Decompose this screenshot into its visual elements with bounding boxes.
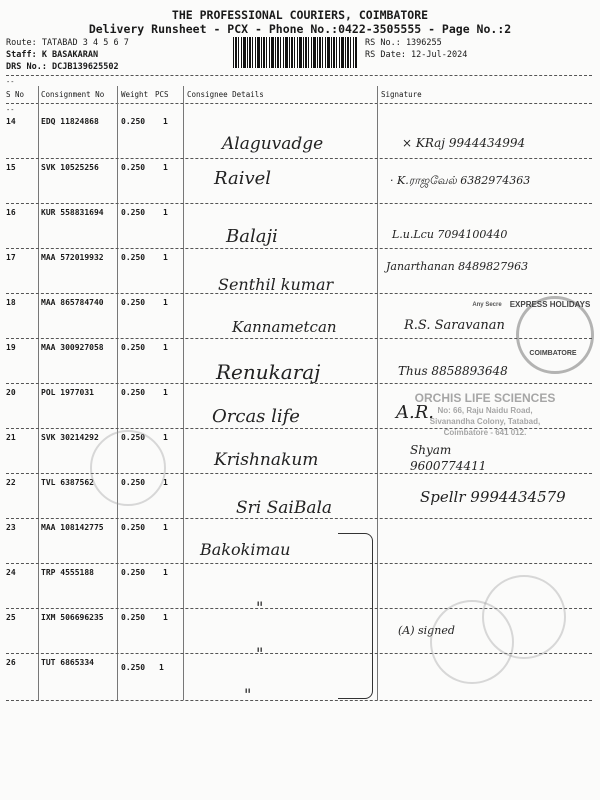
stamp-text: EXPRESS HOLIDAYS	[500, 300, 600, 309]
handwritten-bracket	[338, 533, 373, 699]
row-divider	[6, 563, 592, 564]
row-weight: 0.250	[121, 388, 145, 397]
row-consignment: MAA 300927058	[41, 343, 104, 352]
row-weight: 0.250	[121, 208, 145, 217]
row-pcs: 1	[163, 117, 168, 126]
column-header-signature: Signature	[381, 90, 422, 99]
row-consignment: POL 1977031	[41, 388, 94, 397]
row-divider	[6, 203, 592, 204]
row-sno: 16	[6, 208, 16, 217]
runsheet-subtitle: Delivery Runsheet - PCX - Phone No.:0422…	[0, 22, 600, 36]
row-pcs: 1	[163, 388, 168, 397]
row-sno: 14	[6, 117, 16, 126]
row-consignee: Krishnakum	[214, 450, 318, 470]
row-pcs: 1	[163, 568, 168, 577]
column-header-pcs: PCS	[155, 90, 169, 99]
row-sno: 21	[6, 433, 16, 442]
row-signature: Thus 8858893648	[398, 364, 508, 378]
row-weight: 0.250	[121, 613, 145, 622]
barcode	[233, 37, 357, 68]
row-signature: Shyam 9600774411	[410, 442, 530, 474]
row-consignee: Sri SaiBala	[236, 498, 332, 518]
row-pcs: 1	[163, 433, 168, 442]
row-signature: Spellr 9994434579	[420, 488, 566, 506]
row-sno: 25	[6, 613, 16, 622]
row-sno: 23	[6, 523, 16, 532]
row-pcs: 1	[163, 343, 168, 352]
route-label: Route: TATABAD 3 4 5 6 7	[6, 38, 129, 48]
row-sno: 20	[6, 388, 16, 397]
row-consignment: SVK 10525256	[41, 163, 99, 172]
row-weight: 0.250	[121, 523, 145, 532]
row-divider	[6, 518, 592, 519]
stamp-text: COIMBATORE	[508, 350, 598, 357]
row-consignee: Senthil kumar	[218, 275, 333, 294]
row-sno: 26	[6, 658, 16, 667]
column-header-weight: Weight	[121, 90, 148, 99]
row-weight: 0.250	[121, 568, 145, 577]
row-sno: 15	[6, 163, 16, 172]
row-pcs: 1	[159, 663, 164, 672]
stamp-text: Any Secre	[462, 302, 512, 308]
row-signature: Janarthanan 8489827963	[386, 257, 536, 277]
row-consignee: Raivel	[214, 168, 271, 189]
faint-seal	[482, 575, 566, 659]
divider	[6, 75, 592, 76]
row-consignee: Balaji	[226, 226, 278, 247]
row-consignment: MAA 108142775	[41, 523, 104, 532]
row-consignment: TVL 6387562	[41, 478, 94, 487]
row-consignee: Bakokimau	[200, 540, 290, 559]
drs-number: DRS No.: DCJB139625502	[6, 62, 119, 72]
row-consignment: MAA 572019932	[41, 253, 104, 262]
row-pcs: 1	[163, 613, 168, 622]
row-sno: 22	[6, 478, 16, 487]
row-consignee: Orcas life	[212, 406, 300, 427]
column-header-consignment: Consignment No	[41, 90, 104, 99]
row-consignment: TUT 6865334	[41, 658, 94, 667]
row-weight: 0.250	[121, 343, 145, 352]
row-consignee: Kannametcan	[232, 318, 337, 336]
row-pcs: 1	[163, 208, 168, 217]
row-pcs: 1	[163, 298, 168, 307]
row-consignment: IXM 506696235	[41, 613, 104, 622]
company-title: THE PROFESSIONAL COURIERS, COIMBATORE	[0, 8, 600, 22]
row-consignee: Alaguvadge	[222, 134, 323, 154]
orchis-stamp-title: ORCHIS LIFE SCIENCES	[385, 391, 585, 405]
row-consignee: "	[244, 685, 251, 704]
header-divider	[6, 103, 592, 104]
divider-dashes: --	[6, 106, 14, 114]
column-header-sno: S No	[6, 90, 24, 99]
row-consignment: SVK 30214292	[41, 433, 99, 442]
row-pcs: 1	[163, 163, 168, 172]
row-pcs: 1	[163, 253, 168, 262]
row-divider	[6, 700, 592, 701]
orchis-stamp-line: Sivanandha Colony, Tatabad,	[385, 417, 585, 426]
row-divider	[6, 158, 592, 159]
row-consignment: EDQ 11824868	[41, 117, 99, 126]
row-weight: 0.250	[121, 298, 145, 307]
row-signature: · K.ராஜவேல் 6382974363	[390, 174, 530, 189]
staff-label: Staff: K BASAKARAN	[6, 50, 98, 60]
row-consignee: "	[256, 598, 263, 617]
row-weight: 0.250	[121, 117, 145, 126]
row-sno: 17	[6, 253, 16, 262]
row-signature: L.u.Lcu 7094100440	[392, 228, 507, 241]
row-sno: 18	[6, 298, 16, 307]
row-divider	[6, 248, 592, 249]
orchis-stamp-line: Coimbatore - 641 012.	[385, 428, 585, 437]
row-signature: × KRaj 9944434994	[402, 136, 525, 150]
row-sno: 19	[6, 343, 16, 352]
row-consignment: KUR 558831694	[41, 208, 104, 217]
row-signature: R.S. Saravanan	[404, 318, 505, 333]
row-consignment: TRP 4555188	[41, 568, 94, 577]
row-weight: 0.250	[121, 663, 145, 672]
row-divider	[6, 338, 592, 339]
rs-number: RS No.: 1396255	[365, 38, 442, 48]
row-consignment: MAA 865784740	[41, 298, 104, 307]
row-pcs: 1	[163, 523, 168, 532]
row-consignee: Renukaraj	[216, 360, 320, 384]
orchis-stamp-line: No: 66, Raju Naidu Road,	[385, 406, 585, 415]
row-sno: 24	[6, 568, 16, 577]
row-weight: 0.250	[121, 253, 145, 262]
column-header-consignee: Consignee Details	[187, 90, 264, 99]
row-consignee: "	[256, 644, 263, 663]
divider-dashes: --	[6, 78, 14, 86]
rs-date: RS Date: 12-Jul-2024	[365, 50, 467, 60]
row-weight: 0.250	[121, 163, 145, 172]
faint-seal	[90, 430, 166, 506]
